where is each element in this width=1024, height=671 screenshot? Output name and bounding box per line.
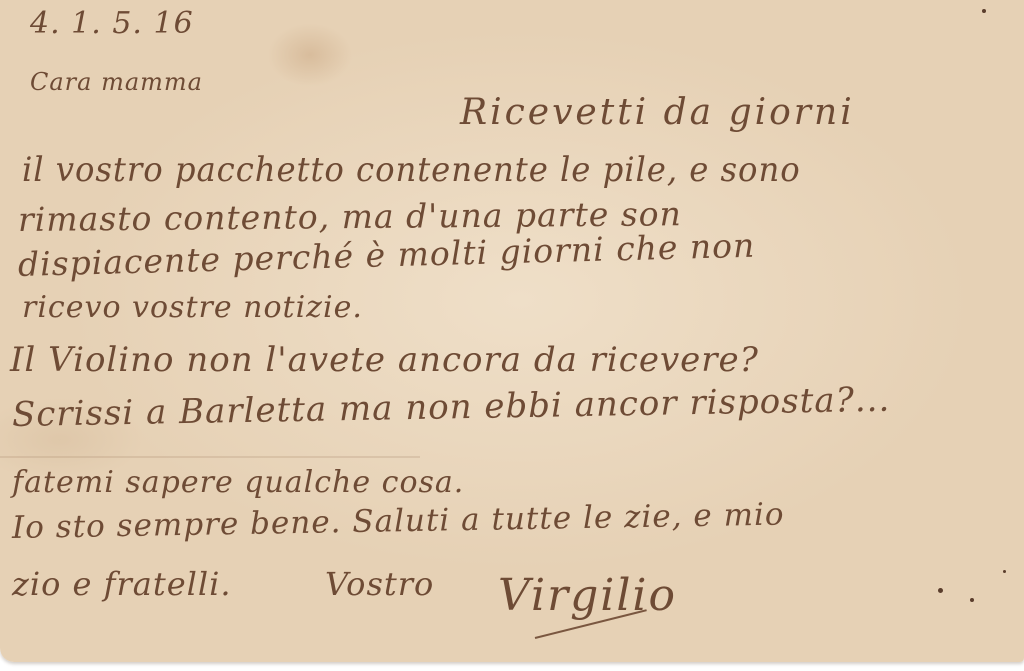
letter-salutation: Cara mamma — [30, 68, 203, 96]
ink-spot — [982, 9, 986, 13]
letter-line-2: il vostro pacchetto contenente le pile, … — [22, 150, 801, 190]
letter-signature: Virgilio — [498, 570, 677, 621]
ink-spot — [970, 598, 974, 602]
letter-line-9: Io sto sempre bene. Saluti a tutte le zi… — [12, 497, 785, 546]
letter-line-6: Il Violino non l'avete ancora da ricever… — [10, 340, 759, 380]
postcard: 4. 1. 5. 16 Cara mamma Ricevetti da gior… — [0, 0, 1024, 662]
letter-line-1: Ricevetti da giorni — [460, 92, 855, 133]
paper-crease — [0, 456, 420, 458]
letter-line-10: zio e fratelli. — [12, 565, 232, 603]
letter-valediction: Vostro — [325, 565, 434, 603]
letter-date: 4. 1. 5. 16 — [30, 6, 194, 41]
letter-line-5: ricevo vostre notizie. — [22, 290, 363, 325]
letter-line-7: Scrissi a Barletta ma non ebbi ancor ris… — [12, 380, 891, 435]
letter-line-8: fatemi sapere qualche cosa. — [12, 465, 464, 500]
ink-spot — [1003, 570, 1006, 573]
ink-spot — [938, 588, 943, 593]
